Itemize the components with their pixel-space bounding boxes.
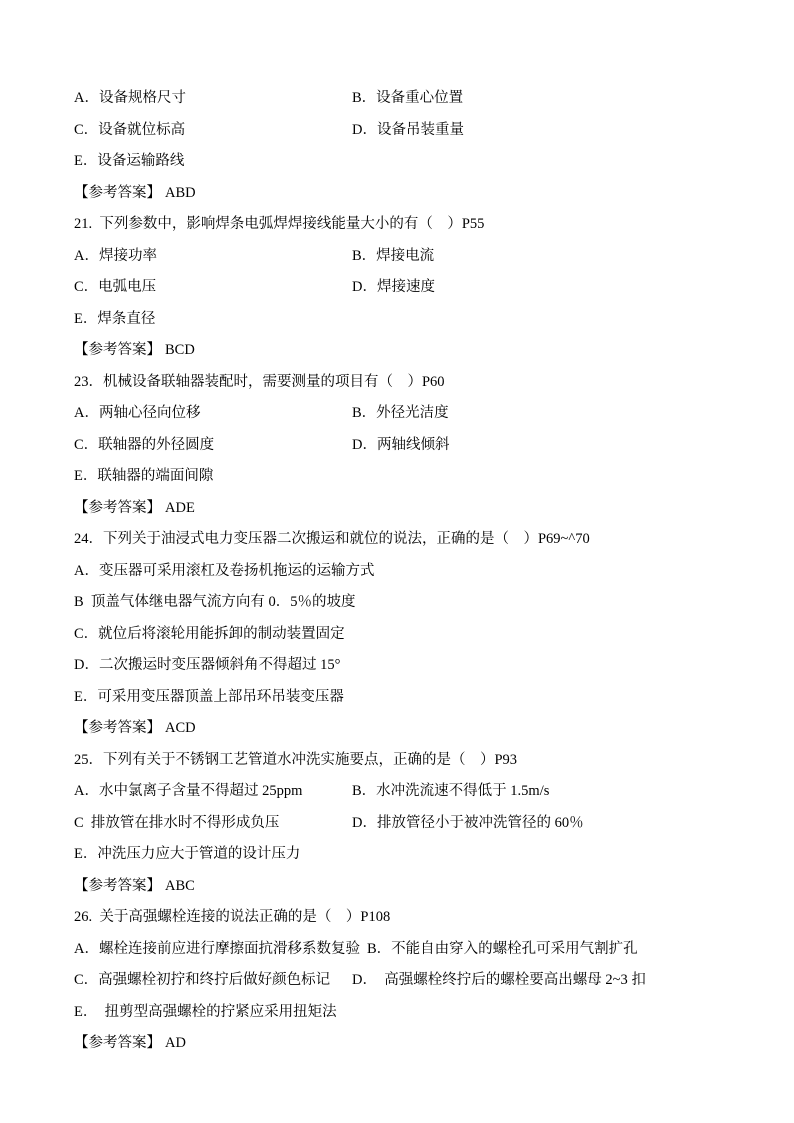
option-row: A．水中氯离子含量不得超过 25ppmB．水冲洗流速不得低于 1.5m/s xyxy=(74,783,774,799)
option: A．变压器可采用滚杠及卷扬机拖运的运输方式 xyxy=(74,563,374,579)
option: B．不能自由穿入的螺栓孔可采用气割扩孔 xyxy=(367,941,638,957)
question-23: 23．机械设备联轴器装配时，需要测量的项目有（ ）P60A．两轴心径向位移B．外… xyxy=(74,374,774,516)
question-20-options: A．设备规格尺寸B．设备重心位置C．设备就位标高D．设备吊装重量E．设备运输路线… xyxy=(74,90,774,201)
option-row: E．可采用变压器顶盖上部吊环吊装变压器 xyxy=(74,689,774,705)
option: E．焊条直径 xyxy=(74,311,155,327)
option: C．联轴器的外径圆度 xyxy=(74,437,352,453)
answer-value: ACD xyxy=(165,720,196,736)
option-row: A．螺栓连接前应进行摩擦面抗滑移系数复验B．不能自由穿入的螺栓孔可采用气割扩孔 xyxy=(74,941,774,957)
question-list: A．设备规格尺寸B．设备重心位置C．设备就位标高D．设备吊装重量E．设备运输路线… xyxy=(74,90,774,1051)
question-stem-text: 21. 下列参数中，影响焊条电弧焊焊接线能量大小的有（ ）P55 xyxy=(74,216,484,232)
option: A．焊接功率 xyxy=(74,248,352,264)
answer-value: BCD xyxy=(165,342,195,358)
option: D．焊接速度 xyxy=(352,279,435,295)
option: E． 扭剪型高强螺栓的拧紧应采用扭矩法 xyxy=(74,1004,337,1020)
answer-label: 【参考答案】 xyxy=(74,878,161,894)
option: D．排放管径小于被冲洗管径的 60％ xyxy=(352,815,584,831)
answer-value: ABD xyxy=(165,185,196,201)
question-stem: 26. 关于高强螺栓连接的说法正确的是（ ）P108 xyxy=(74,909,774,925)
document-page: A．设备规格尺寸B．设备重心位置C．设备就位标高D．设备吊装重量E．设备运输路线… xyxy=(0,0,794,1123)
answer-line: 【参考答案】ABD xyxy=(74,185,774,201)
option-row: A．设备规格尺寸B．设备重心位置 xyxy=(74,90,774,106)
option-row: C．高强螺栓初拧和终拧后做好颜色标记D． 高强螺栓终拧后的螺栓要高出螺母 2~3… xyxy=(74,972,774,988)
answer-line: 【参考答案】ACD xyxy=(74,720,774,736)
question-stem: 23．机械设备联轴器装配时，需要测量的项目有（ ）P60 xyxy=(74,374,774,390)
option: B．外径光洁度 xyxy=(352,405,449,421)
option: C．高强螺栓初拧和终拧后做好颜色标记 xyxy=(74,972,352,988)
option-row: A．焊接功率B．焊接电流 xyxy=(74,248,774,264)
option-row: E．冲洗压力应大于管道的设计压力 xyxy=(74,846,774,862)
option-row: D．二次搬运时变压器倾斜角不得超过 15° xyxy=(74,657,774,673)
question-stem-text: 23．机械设备联轴器装配时，需要测量的项目有（ ）P60 xyxy=(74,374,445,390)
question-stem: 21. 下列参数中，影响焊条电弧焊焊接线能量大小的有（ ）P55 xyxy=(74,216,774,232)
option: B 顶盖气体继电器气流方向有 0．5％的坡度 xyxy=(74,594,356,610)
answer-label: 【参考答案】 xyxy=(74,185,161,201)
option: A．两轴心径向位移 xyxy=(74,405,352,421)
answer-value: ABC xyxy=(165,878,195,894)
option-row: C．联轴器的外径圆度D．两轴线倾斜 xyxy=(74,437,774,453)
answer-line: 【参考答案】ABC xyxy=(74,878,774,894)
option: C．就位后将滚轮用能拆卸的制动装置固定 xyxy=(74,626,345,642)
option: E．可采用变压器顶盖上部吊环吊装变压器 xyxy=(74,689,344,705)
option: D． 高强螺栓终拧后的螺栓要高出螺母 2~3 扣 xyxy=(352,972,646,988)
option: E．联轴器的端面间隙 xyxy=(74,468,213,484)
answer-line: 【参考答案】AD xyxy=(74,1035,774,1051)
answer-line: 【参考答案】ADE xyxy=(74,500,774,516)
option-row: C 排放管在排水时不得形成负压D．排放管径小于被冲洗管径的 60％ xyxy=(74,815,774,831)
option-row: E． 扭剪型高强螺栓的拧紧应采用扭矩法 xyxy=(74,1004,774,1020)
option-row: C．设备就位标高D．设备吊装重量 xyxy=(74,122,774,138)
option: D．二次搬运时变压器倾斜角不得超过 15° xyxy=(74,657,340,673)
option-row: A．两轴心径向位移B．外径光洁度 xyxy=(74,405,774,421)
option: A．设备规格尺寸 xyxy=(74,90,352,106)
option: A．水中氯离子含量不得超过 25ppm xyxy=(74,783,352,799)
question-24: 24．下列关于油浸式电力变压器二次搬运和就位的说法，正确的是（ ）P69~^70… xyxy=(74,531,774,736)
option-row: B 顶盖气体继电器气流方向有 0．5％的坡度 xyxy=(74,594,774,610)
answer-label: 【参考答案】 xyxy=(74,1035,161,1051)
question-stem-text: 26. 关于高强螺栓连接的说法正确的是（ ）P108 xyxy=(74,909,390,925)
question-stem-text: 25．下列有关于不锈钢工艺管道水冲洗实施要点，正确的是（ ）P93 xyxy=(74,752,517,768)
question-stem-text: 24．下列关于油浸式电力变压器二次搬运和就位的说法，正确的是（ ）P69~^70 xyxy=(74,531,590,547)
option-row: C．就位后将滚轮用能拆卸的制动装置固定 xyxy=(74,626,774,642)
option: D．设备吊装重量 xyxy=(352,122,464,138)
option: C．电弧电压 xyxy=(74,279,352,295)
option: B．设备重心位置 xyxy=(352,90,463,106)
answer-value: ADE xyxy=(165,500,195,516)
answer-label: 【参考答案】 xyxy=(74,342,161,358)
option: C．设备就位标高 xyxy=(74,122,352,138)
option-row: E．焊条直径 xyxy=(74,311,774,327)
option: B．水冲洗流速不得低于 1.5m/s xyxy=(352,783,549,799)
question-stem: 24．下列关于油浸式电力变压器二次搬运和就位的说法，正确的是（ ）P69~^70 xyxy=(74,531,774,547)
answer-label: 【参考答案】 xyxy=(74,500,161,516)
answer-label: 【参考答案】 xyxy=(74,720,161,736)
answer-line: 【参考答案】BCD xyxy=(74,342,774,358)
option-row: E．联轴器的端面间隙 xyxy=(74,468,774,484)
option-row: E．设备运输路线 xyxy=(74,153,774,169)
option: D．两轴线倾斜 xyxy=(352,437,449,453)
question-25: 25．下列有关于不锈钢工艺管道水冲洗实施要点，正确的是（ ）P93A．水中氯离子… xyxy=(74,752,774,894)
option: C 排放管在排水时不得形成负压 xyxy=(74,815,352,831)
option: A．螺栓连接前应进行摩擦面抗滑移系数复验 xyxy=(74,941,360,957)
option: E．冲洗压力应大于管道的设计压力 xyxy=(74,846,300,862)
option-row: C．电弧电压D．焊接速度 xyxy=(74,279,774,295)
option: E．设备运输路线 xyxy=(74,153,184,169)
option: B．焊接电流 xyxy=(352,248,434,264)
answer-value: AD xyxy=(165,1035,186,1051)
option-row: A．变压器可采用滚杠及卷扬机拖运的运输方式 xyxy=(74,563,774,579)
question-21: 21. 下列参数中，影响焊条电弧焊焊接线能量大小的有（ ）P55A．焊接功率B．… xyxy=(74,216,774,358)
question-stem: 25．下列有关于不锈钢工艺管道水冲洗实施要点，正确的是（ ）P93 xyxy=(74,752,774,768)
question-26: 26. 关于高强螺栓连接的说法正确的是（ ）P108A．螺栓连接前应进行摩擦面抗… xyxy=(74,909,774,1051)
